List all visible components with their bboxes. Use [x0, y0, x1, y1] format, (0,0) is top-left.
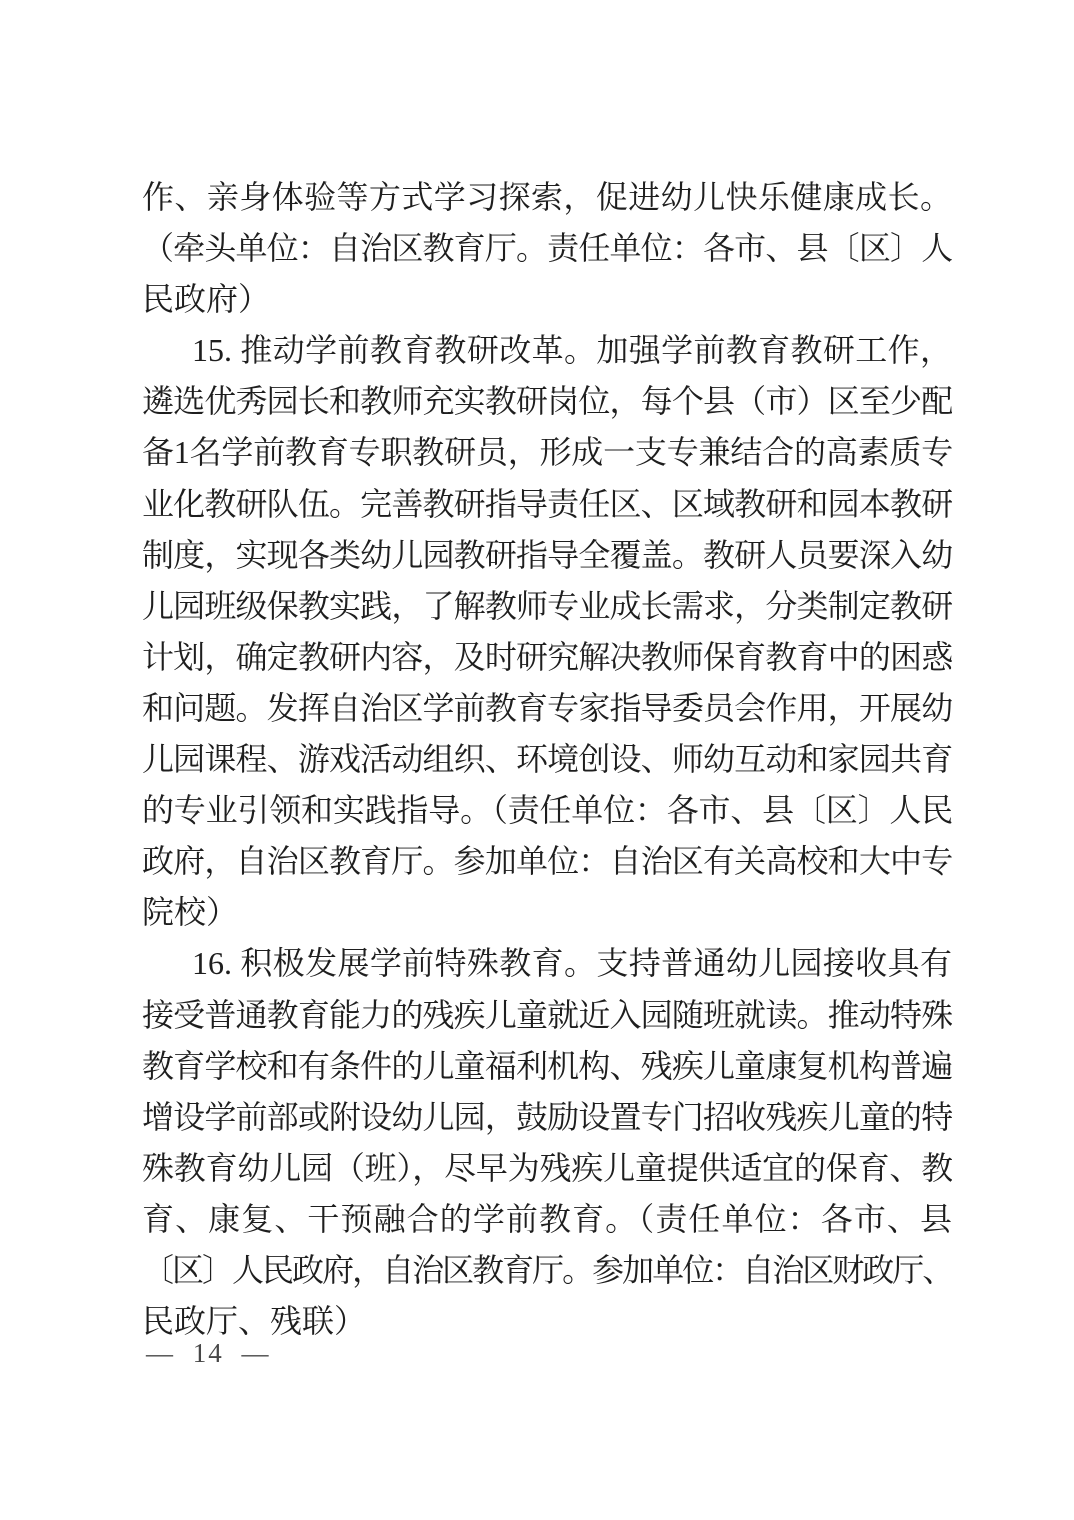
text-line: 政府，自治区教育厅。参加单位：自治区有关高校和大中专	[142, 836, 952, 887]
text-line: 作、亲身体验等方式学习探索，促进幼儿快乐健康成长。	[142, 172, 952, 223]
text-line: 院校）	[142, 887, 952, 938]
page-number: — 14 —	[146, 1338, 271, 1368]
page-footer: — 14 —	[146, 1338, 271, 1368]
text-line: 殊教育幼儿园（班），尽早为残疾儿童提供适宜的保育、教	[142, 1143, 952, 1194]
body-text: 作、亲身体验等方式学习探索，促进幼儿快乐健康成长。 （牵头单位：自治区教育厅。责…	[142, 172, 952, 1347]
document-page: 作、亲身体验等方式学习探索，促进幼儿快乐健康成长。 （牵头单位：自治区教育厅。责…	[0, 0, 1074, 1520]
text-line: 民政府）	[142, 274, 952, 325]
text-line: 制度，实现各类幼儿园教研指导全覆盖。教研人员要深入幼	[142, 530, 952, 581]
text-line: 遴选优秀园长和教师充实教研岗位，每个县（市）区至少配	[142, 376, 952, 427]
text-line: 备1名学前教育专职教研员，形成一支专兼结合的高素质专	[142, 427, 952, 478]
text-line: 儿园班级保教实践，了解教师专业成长需求，分类制定教研	[142, 581, 952, 632]
text-line: 教育学校和有条件的儿童福利机构、残疾儿童康复机构普遍	[142, 1041, 952, 1092]
text-line: 接受普通教育能力的残疾儿童就近入园随班就读。推动特殊	[142, 990, 952, 1041]
text-line: 〔区〕人民政府，自治区教育厅。参加单位：自治区财政厅、	[142, 1245, 952, 1296]
text-line: 和问题。发挥自治区学前教育专家指导委员会作用，开展幼	[142, 683, 952, 734]
text-line: 业化教研队伍。完善教研指导责任区、区域教研和园本教研	[142, 479, 952, 530]
text-line-item-16-start: 16. 积极发展学前特殊教育。支持普通幼儿园接收具有	[142, 938, 952, 989]
text-line: 增设学前部或附设幼儿园，鼓励设置专门招收残疾儿童的特	[142, 1092, 952, 1143]
text-line: 的专业引领和实践指导。（责任单位：各市、县〔区〕人民	[142, 785, 952, 836]
text-line: 育、康复、干预融合的学前教育。（责任单位：各市、县	[142, 1194, 952, 1245]
text-line: 计划，确定教研内容，及时研究解决教师保育教育中的困惑	[142, 632, 952, 683]
text-line: （牵头单位：自治区教育厅。责任单位：各市、县〔区〕人	[142, 223, 952, 274]
text-line: 儿园课程、游戏活动组织、环境创设、师幼互动和家园共育	[142, 734, 952, 785]
text-line-item-15-start: 15. 推动学前教育教研改革。加强学前教育教研工作，	[142, 325, 952, 376]
